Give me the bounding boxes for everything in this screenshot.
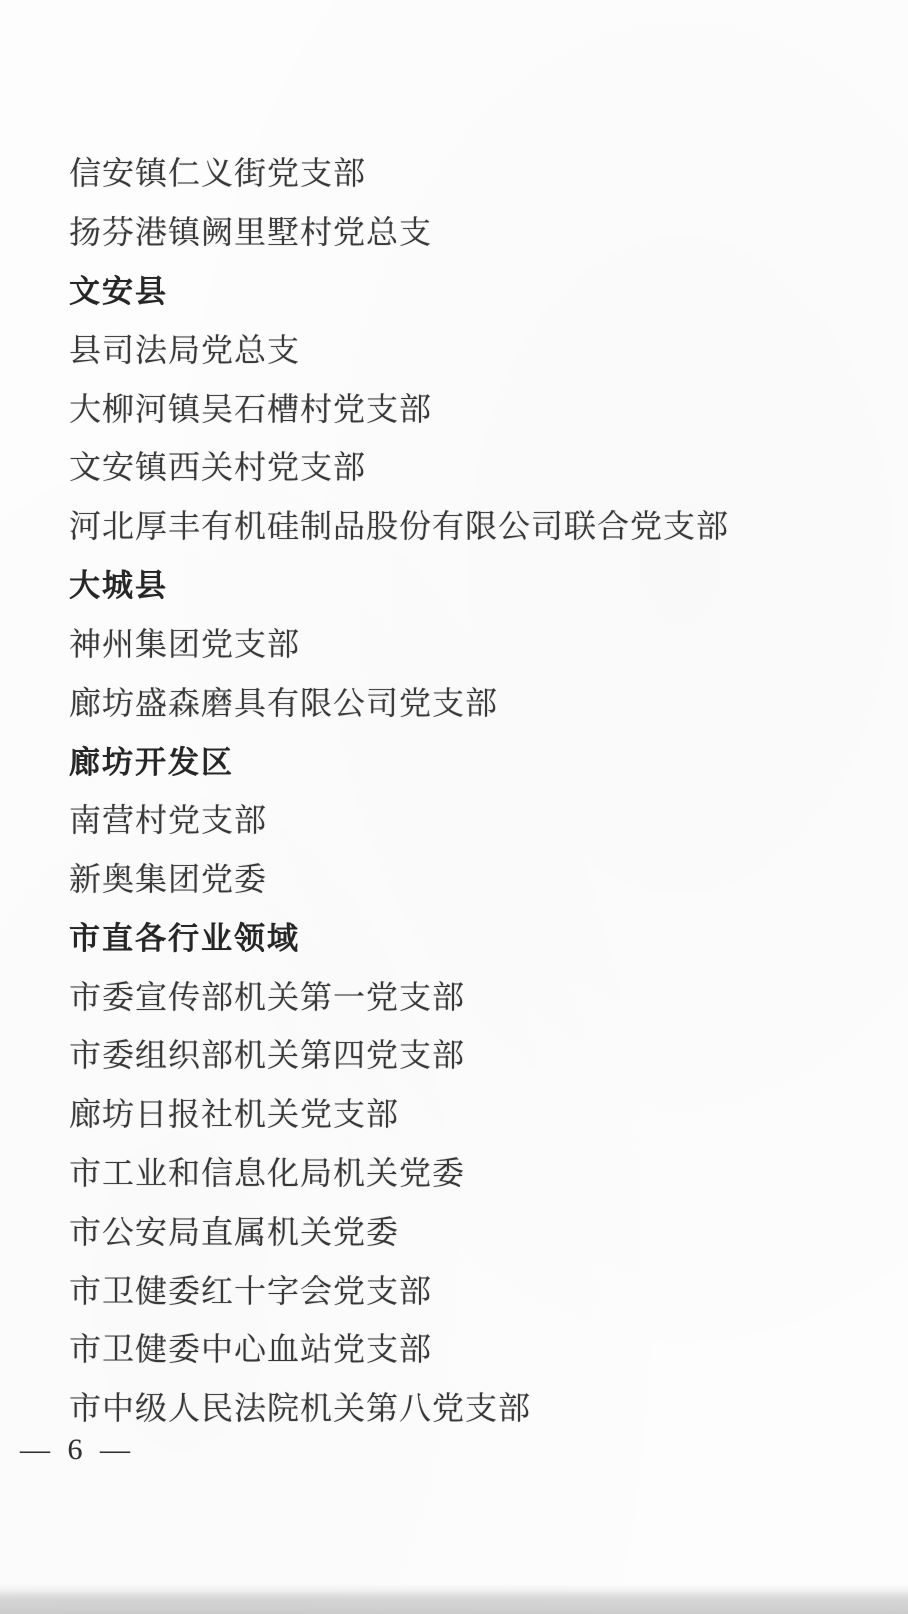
section-heading: 廊坊开发区 [69,730,878,789]
branch-list-item: 市卫健委中心血站党支部 [69,1318,878,1377]
branch-list-item: 神州集团党支部 [69,612,878,671]
party-branch-list: 信安镇仁义街党支部扬芬港镇阙里墅村党总支文安县县司法局党总支大柳河镇吴石槽村党支… [69,142,878,1436]
branch-list-item: 廊坊日报社机关党支部 [69,1083,878,1142]
page-bottom-edge [0,1584,908,1614]
branch-list-item: 廊坊盛森磨具有限公司党支部 [69,671,878,730]
section-heading: 大城县 [69,554,878,613]
branch-list-item: 市卫健委红十字会党支部 [69,1259,878,1318]
document-page: 信安镇仁义街党支部扬芬港镇阙里墅村党总支文安县县司法局党总支大柳河镇吴石槽村党支… [0,0,908,1614]
branch-list-item: 县司法局党总支 [69,318,878,377]
branch-list-item: 市公安局直属机关党委 [69,1200,878,1259]
branch-list-item: 市委组织部机关第四党支部 [69,1024,878,1083]
branch-list-item: 市工业和信息化局机关党委 [69,1142,878,1201]
branch-list-item: 市中级人民法院机关第八党支部 [69,1377,878,1436]
branch-list-item: 信安镇仁义街党支部 [69,142,878,201]
branch-list-item: 大柳河镇吴石槽村党支部 [69,377,878,436]
section-heading: 文安县 [69,260,878,319]
branch-list-item: 河北厚丰有机硅制品股份有限公司联合党支部 [69,495,878,554]
branch-list-item: 新奥集团党委 [69,848,878,907]
branch-list-item: 南营村党支部 [69,789,878,848]
section-heading: 市直各行业领域 [69,906,878,965]
branch-list-item: 文安镇西关村党支部 [69,436,878,495]
branch-list-item: 扬芬港镇阙里墅村党总支 [69,201,878,260]
branch-list-item: 市委宣传部机关第一党支部 [69,965,878,1024]
page-number: — 6 — [20,1433,135,1467]
